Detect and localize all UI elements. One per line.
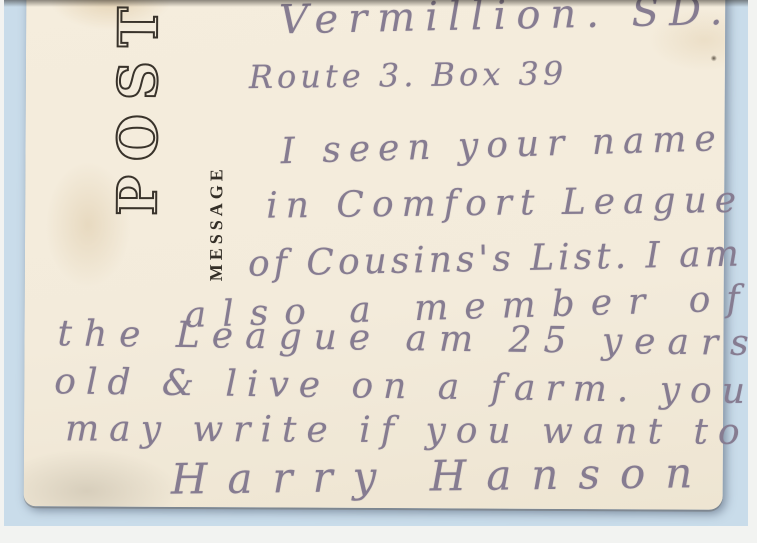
hw-line-body-2: in Comfort League <box>266 180 744 227</box>
hw-line-body-6: old & live on a farm. you <box>54 361 748 412</box>
hw-line-city: Vermillion. SD. <box>279 0 733 43</box>
hw-line-body-7: may write if you want to <box>65 408 748 453</box>
photo-background: POST MESSAGE Vermillion. SD. Route 3. Bo… <box>4 0 748 526</box>
post-vertical-text: POST <box>107 6 168 216</box>
hw-line-signature: Harry Hanson <box>171 448 713 504</box>
hw-line-body-5: the League am 25 years <box>57 313 748 364</box>
message-vertical-text: MESSAGE <box>205 156 228 290</box>
hw-line-body-1: I seen your name <box>280 118 724 172</box>
hw-line-body-3: of Cousins's List. I am <box>248 233 744 284</box>
postcard: POST MESSAGE Vermillion. SD. Route 3. Bo… <box>24 0 726 510</box>
hw-line-route: Route 3. Box 39 <box>249 54 568 96</box>
